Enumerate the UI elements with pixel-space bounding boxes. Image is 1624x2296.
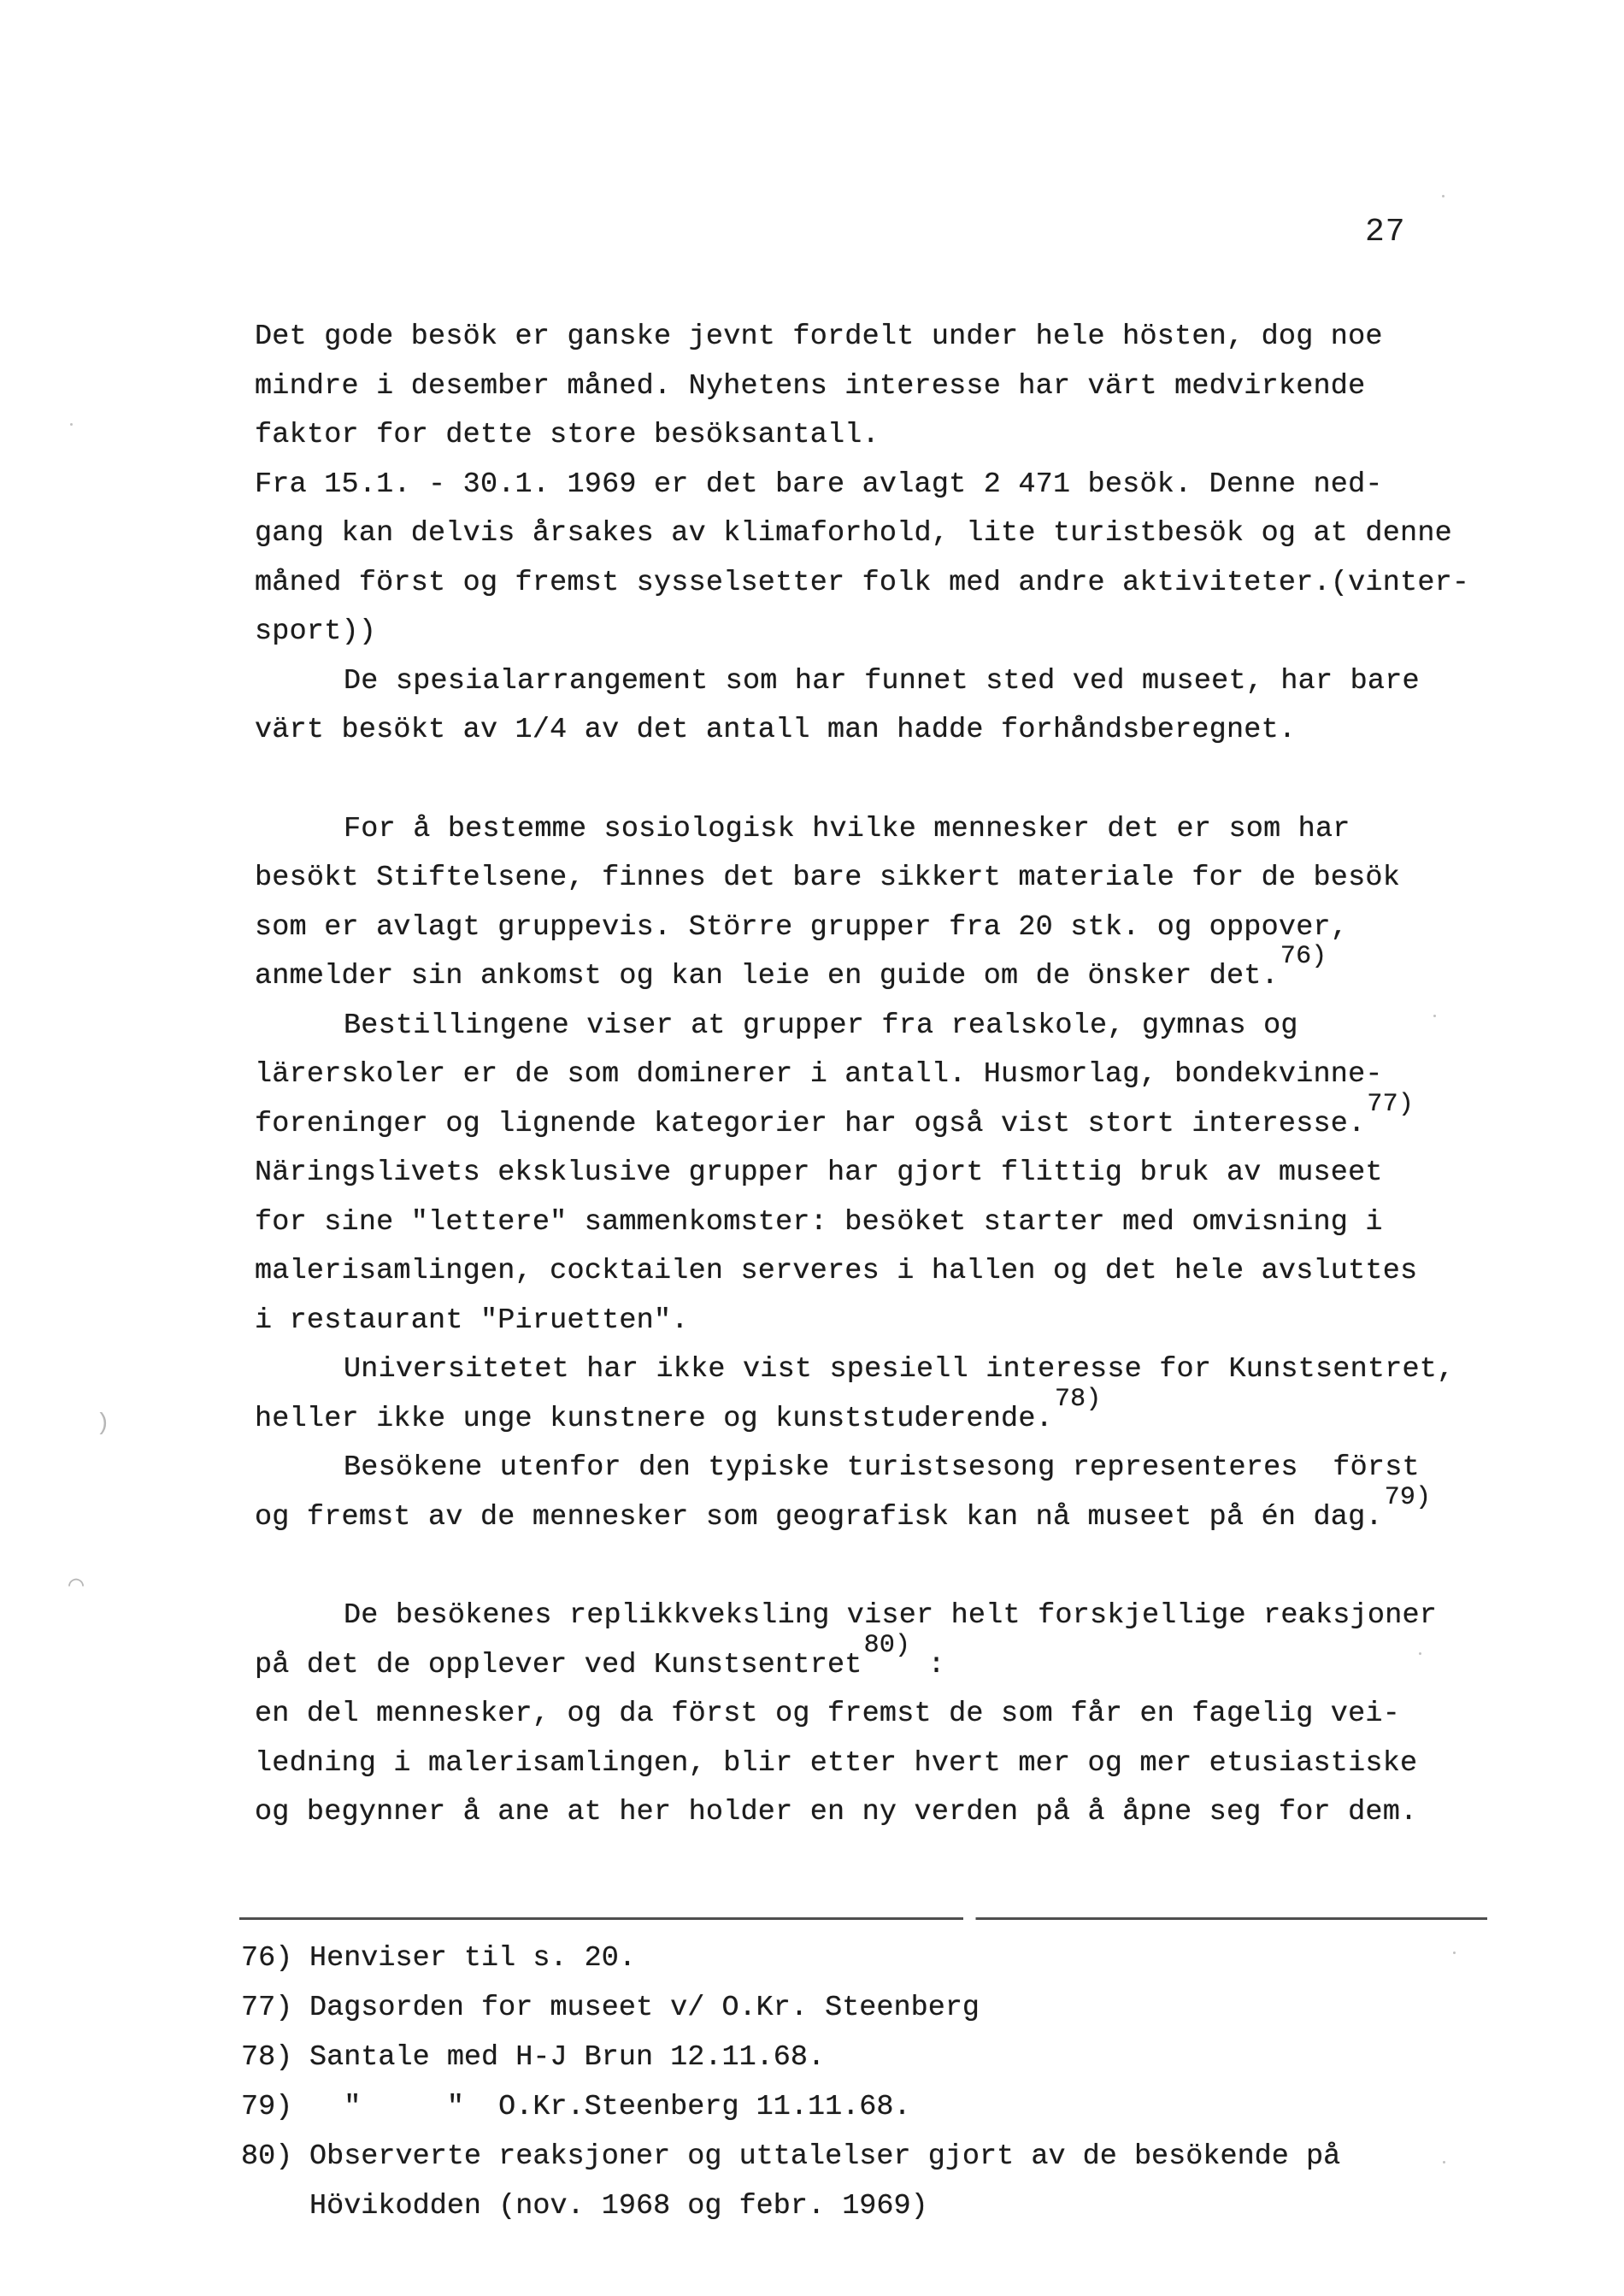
line-text: som er avlagt gruppevis. Större grupper … <box>255 911 1348 944</box>
scan-speck <box>1443 2161 1445 2164</box>
scan-speck <box>70 423 73 426</box>
footnote-reference[interactable]: 77) <box>1367 1090 1414 1119</box>
text-line: Besökene utenfor den typiske turistseson… <box>255 1444 1537 1493</box>
line-text: for sine "lettere" sammenkomster: besöke… <box>255 1206 1383 1239</box>
footnote-reference[interactable]: 76) <box>1280 942 1327 971</box>
paragraph-gap <box>255 1542 1537 1592</box>
line-text: lärerskoler er de som dominerer i antall… <box>255 1058 1383 1091</box>
line-text: ledning i malerisamlingen, blir etter hv… <box>255 1747 1417 1780</box>
text-line: Bestillingene viser at grupper fra reals… <box>255 1002 1537 1051</box>
line-text: besökt Stiftelsene, finnes det bare sikk… <box>255 862 1400 894</box>
line-text: foreninger og lignende kategorier har og… <box>255 1108 1365 1140</box>
footnote-text: Henviser til s. 20. <box>309 1942 636 1975</box>
page-number: 27 <box>1365 214 1406 250</box>
footnote-item: 77)Dagsorden for museet v/ O.Kr. Steenbe… <box>241 1983 1506 2033</box>
scan-speck <box>1419 1652 1421 1655</box>
line-text: og fremst av de mennesker som geografisk… <box>255 1501 1383 1534</box>
line-text: Fra 15.1. - 30.1. 1969 er det bare avlag… <box>255 468 1383 501</box>
footnote-item: 80)Observerte reaksjoner og uttalelser g… <box>241 2132 1506 2181</box>
line-text: De besökenes replikkveksling viser helt … <box>344 1599 1437 1632</box>
footnote-text: Observerte reaksjoner og uttalelser gjor… <box>309 2140 1340 2173</box>
line-text: og begynner å ane at her holder en ny ve… <box>255 1796 1417 1828</box>
footnote-item: Hövikodden (nov. 1968 og febr. 1969) <box>241 2181 1506 2231</box>
punch-hole-mark-icon: ) <box>96 1410 110 1437</box>
text-line: De spesialarrangement som har funnet ste… <box>255 657 1537 707</box>
footnote-text: " " O.Kr.Steenberg 11.11.68. <box>309 2091 911 2123</box>
line-text: Bestillingene viser at grupper fra reals… <box>344 1010 1298 1042</box>
line-text: Näringslivets eksklusive grupper har gjo… <box>255 1157 1383 1189</box>
footnote-text: Santale med H-J Brun 12.11.68. <box>309 2041 825 2074</box>
document-page: 27 Det gode besök er ganske jevnt fordel… <box>0 0 1624 2296</box>
text-line: på det de opplever ved Kunstsentret80) : <box>255 1641 1537 1691</box>
line-text: sport)) <box>255 615 376 648</box>
text-line: anmelder sin ankomst og kan leie en guid… <box>255 952 1537 1002</box>
line-text: anmelder sin ankomst og kan leie en guid… <box>255 960 1279 992</box>
paragraph-gap <box>255 756 1537 805</box>
text-line: sport)) <box>255 608 1537 657</box>
footnote-text: Hövikodden (nov. 1968 og febr. 1969) <box>309 2190 928 2222</box>
text-line: for sine "lettere" sammenkomster: besöke… <box>255 1198 1537 1248</box>
text-line: lärerskoler er de som dominerer i antall… <box>255 1051 1537 1100</box>
text-line: Det gode besök er ganske jevnt fordelt u… <box>255 313 1537 362</box>
footnote-reference[interactable]: 78) <box>1055 1385 1102 1414</box>
text-line: malerisamlingen, cocktailen serveres i h… <box>255 1247 1537 1297</box>
text-line: Universitetet har ikke vist spesiell int… <box>255 1345 1537 1395</box>
text-line: og fremst av de mennesker som geografisk… <box>255 1493 1537 1543</box>
text-line: For å bestemme sosiologisk hvilke mennes… <box>255 805 1537 855</box>
footnote-number: 76) <box>241 1934 309 1983</box>
line-text: Besökene utenfor den typiske turistseson… <box>344 1451 1420 1484</box>
punch-hole-mark-icon: ⌒ <box>68 1569 84 1600</box>
footnote-number: 79) <box>241 2082 309 2132</box>
line-text: Det gode besök er ganske jevnt fordelt u… <box>255 321 1383 353</box>
text-line: heller ikke unge kunstnere og kunststude… <box>255 1395 1537 1445</box>
footnote-item: 79) " " O.Kr.Steenberg 11.11.68. <box>241 2082 1506 2132</box>
line-text: faktor for dette store besöksantall. <box>255 419 880 451</box>
line-text-tail: : <box>910 1649 945 1681</box>
text-line: faktor for dette store besöksantall. <box>255 411 1537 461</box>
text-line: Fra 15.1. - 30.1. 1969 er det bare avlag… <box>255 461 1537 510</box>
line-text: en del mennesker, og da först og fremst … <box>255 1698 1400 1730</box>
footnote-reference[interactable]: 80) <box>864 1631 911 1660</box>
text-line: ledning i malerisamlingen, blir etter hv… <box>255 1740 1537 1789</box>
scan-speck <box>1433 1015 1436 1017</box>
line-text: i restaurant "Piruetten". <box>255 1304 689 1337</box>
footnote-number: 77) <box>241 1983 309 2033</box>
text-line: mindre i desember måned. Nyhetens intere… <box>255 362 1537 412</box>
line-text: värt besökt av 1/4 av det antall man had… <box>255 714 1296 746</box>
text-line: värt besökt av 1/4 av det antall man had… <box>255 706 1537 756</box>
footnote-text: Dagsorden for museet v/ O.Kr. Steenberg <box>309 1992 980 2024</box>
line-text: For å bestemme sosiologisk hvilke mennes… <box>344 813 1350 845</box>
text-line: i restaurant "Piruetten". <box>255 1297 1537 1346</box>
footnote-item: 78)Santale med H-J Brun 12.11.68. <box>241 2033 1506 2082</box>
footnote-reference[interactable]: 79) <box>1385 1483 1432 1512</box>
text-line: besökt Stiftelsene, finnes det bare sikk… <box>255 854 1537 904</box>
text-line: og begynner å ane at her holder en ny ve… <box>255 1788 1537 1838</box>
text-line: som er avlagt gruppevis. Större grupper … <box>255 904 1537 953</box>
text-line: måned först og fremst sysselsetter folk … <box>255 559 1537 609</box>
line-text: måned först og fremst sysselsetter folk … <box>255 567 1469 599</box>
scan-speck <box>1453 1952 1456 1954</box>
line-text: heller ikke unge kunstnere og kunststude… <box>255 1403 1053 1435</box>
text-line: gang kan delvis årsakes av klimaforhold,… <box>255 509 1537 559</box>
line-text: Universitetet har ikke vist spesiell int… <box>344 1353 1454 1386</box>
line-text: De spesialarrangement som har funnet ste… <box>344 665 1420 698</box>
line-text: mindre i desember måned. Nyhetens intere… <box>255 370 1365 403</box>
line-text: gang kan delvis årsakes av klimaforhold,… <box>255 517 1452 550</box>
text-line: en del mennesker, og da först og fremst … <box>255 1690 1537 1740</box>
line-text: på det de opplever ved Kunstsentret <box>255 1649 862 1681</box>
footnote-number: 78) <box>241 2033 309 2082</box>
text-line: Näringslivets eksklusive grupper har gjo… <box>255 1149 1537 1198</box>
line-text: malerisamlingen, cocktailen serveres i h… <box>255 1255 1417 1287</box>
footnote-item: 76)Henviser til s. 20. <box>241 1934 1506 1983</box>
scan-speck <box>1442 195 1445 197</box>
body-text: Det gode besök er ganske jevnt fordelt u… <box>255 313 1537 1838</box>
footnote-number: 80) <box>241 2132 309 2181</box>
text-line: foreninger og lignende kategorier har og… <box>255 1100 1537 1150</box>
footnotes: 76)Henviser til s. 20.77)Dagsorden for m… <box>241 1934 1506 2231</box>
footnote-separator <box>239 1917 1487 1920</box>
